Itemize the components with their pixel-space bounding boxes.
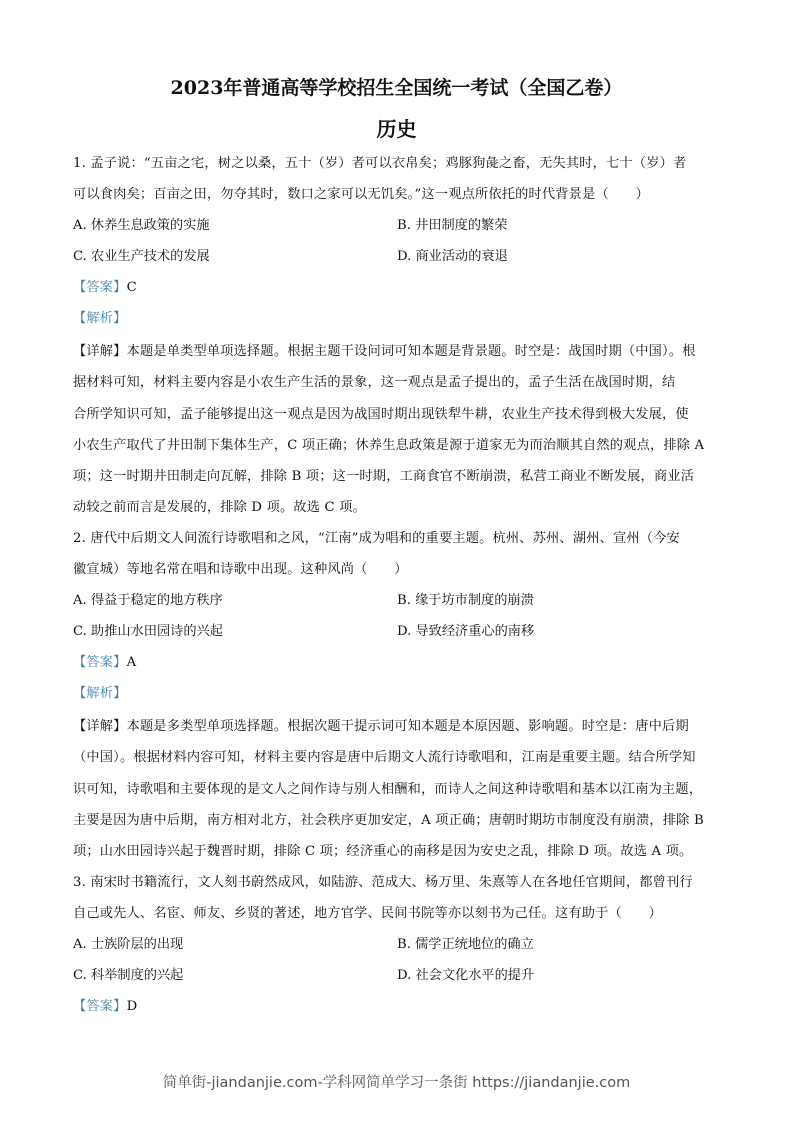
q2-answer: 【答案】A [73, 651, 723, 670]
analysis-label: 【解析】 [73, 311, 127, 326]
q1-analysis-label: 【解析】 [73, 307, 723, 326]
q2-detail-line-4: 主要是因为唐中后期，南方相对北方，社会秩序更加安定，A 项正确；唐朝时期坊市制度… [73, 809, 723, 828]
q2-analysis-label: 【解析】 [73, 682, 723, 701]
q1-detail-line-3: 合所学知识可知，孟子能够提出这一观点是因为战国时期出现铁犁牛耕，农业生产技术得到… [73, 403, 723, 422]
q2-detail-line-5: 项；山水田园诗兴起于魏晋时期，排除 C 项；经济重心的南移是因为安史之乱，排除 … [73, 840, 723, 859]
q3-option-b: B. 儒学正统地位的确立 [397, 933, 534, 952]
q2-stem-line-2: 徽宣城）等地名常在唱和诗歌中出现。这种风尚（ ） [73, 558, 723, 577]
q2-detail-line-1: 【详解】本题是多类型单项选择题。根据次题干提示词可知本题是本原因题、影响题。时空… [73, 715, 723, 734]
exam-page: 2023年普通高等学校招生全国统一考试（全国乙卷） 历史 1. 孟子说：“五亩之… [0, 0, 793, 1122]
q1-option-c: C. 农业生产技术的发展 [73, 245, 210, 264]
q1-option-d: D. 商业活动的衰退 [397, 245, 508, 264]
answer-label: 【答案】 [73, 999, 127, 1014]
q3-stem-line-1: 3. 南宋时书籍流行，文人刻书蔚然成风，如陆游、范成大、杨万里、朱熹等人在各地任… [73, 871, 723, 890]
detail-label: 【详解】 [73, 344, 127, 359]
answer-value: D [127, 999, 138, 1014]
q3-option-c: C. 科举制度的兴起 [73, 964, 183, 983]
q2-option-c: C. 助推山水田园诗的兴起 [73, 620, 223, 639]
exam-title: 2023年普通高等学校招生全国统一考试（全国乙卷） [0, 73, 793, 100]
detail-label: 【详解】 [73, 719, 127, 734]
q2-stem-line-1: 2. 唐代中后期文人间流行诗歌唱和之风，“江南”成为唱和的重要主题。杭州、苏州、… [73, 527, 723, 546]
q3-answer: 【答案】D [73, 995, 723, 1014]
q3-stem-line-2: 自己或先人、名宦、师友、乡贤的著述，地方官学、民间书院等亦以刻书为己任。这有助于… [73, 902, 723, 921]
q1-detail-line-5: 项；这一时期井田制走向瓦解，排除 B 项；这一时期，工商食官不断崩溃，私营工商业… [73, 465, 723, 484]
answer-label: 【答案】 [73, 655, 127, 670]
q3-option-a: A. 士族阶层的出现 [73, 933, 183, 952]
q1-detail-line-6: 动较之前而言是发展的，排除 D 项。故选 C 项。 [73, 496, 723, 515]
q1-answer: 【答案】C [73, 276, 723, 295]
q2-option-d: D. 导致经济重心的南移 [397, 620, 534, 639]
q1-stem-line-2: 可以食肉矣；百亩之田，勿夺其时，数口之家可以无饥矣。”这一观点所依托的时代背景是… [73, 183, 723, 202]
subject-title: 历史 [0, 113, 793, 142]
q2-option-b: B. 缘于坊市制度的崩溃 [397, 589, 534, 608]
q1-option-a: A. 休养生息政策的实施 [73, 214, 210, 233]
answer-label: 【答案】 [73, 280, 127, 295]
answer-value: C [127, 280, 137, 295]
q2-detail-line-3: 识可知，诗歌唱和主要体现的是文人之间作诗与别人相酬和，而诗人之间这种诗歌唱和基本… [73, 778, 723, 797]
analysis-label: 【解析】 [73, 686, 127, 701]
q1-detail-line-4: 小农生产取代了井田制下集体生产，C 项正确；休养生息政策是源于道家无为而治顺其自… [73, 434, 723, 453]
q1-detail-line-1: 【详解】本题是单类型单项选择题。根据主题干设问词可知本题是背景题。时空是：战国时… [73, 340, 723, 359]
q2-detail-line-2: （中国）。根据材料内容可知，材料主要内容是唐中后期文人流行诗歌唱和，江南是重要主… [73, 746, 723, 765]
q1-detail-line-2: 据材料可知，材料主要内容是小农生产生活的景象，这一观点是孟子提出的，孟子生活在战… [73, 371, 723, 390]
q3-option-d: D. 社会文化水平的提升 [397, 964, 534, 983]
watermark-footer: 简单街-jiandanjie.com-学科网简单学习一条街 https://ji… [0, 1071, 793, 1092]
q1-stem-line-1: 1. 孟子说：“五亩之宅，树之以桑，五十（岁）者可以衣帛矣；鸡豚狗彘之畜，无失其… [73, 152, 723, 171]
q2-option-a: A. 得益于稳定的地方秩序 [73, 589, 223, 608]
q1-option-b: B. 井田制度的繁荣 [397, 214, 507, 233]
answer-value: A [127, 655, 137, 670]
